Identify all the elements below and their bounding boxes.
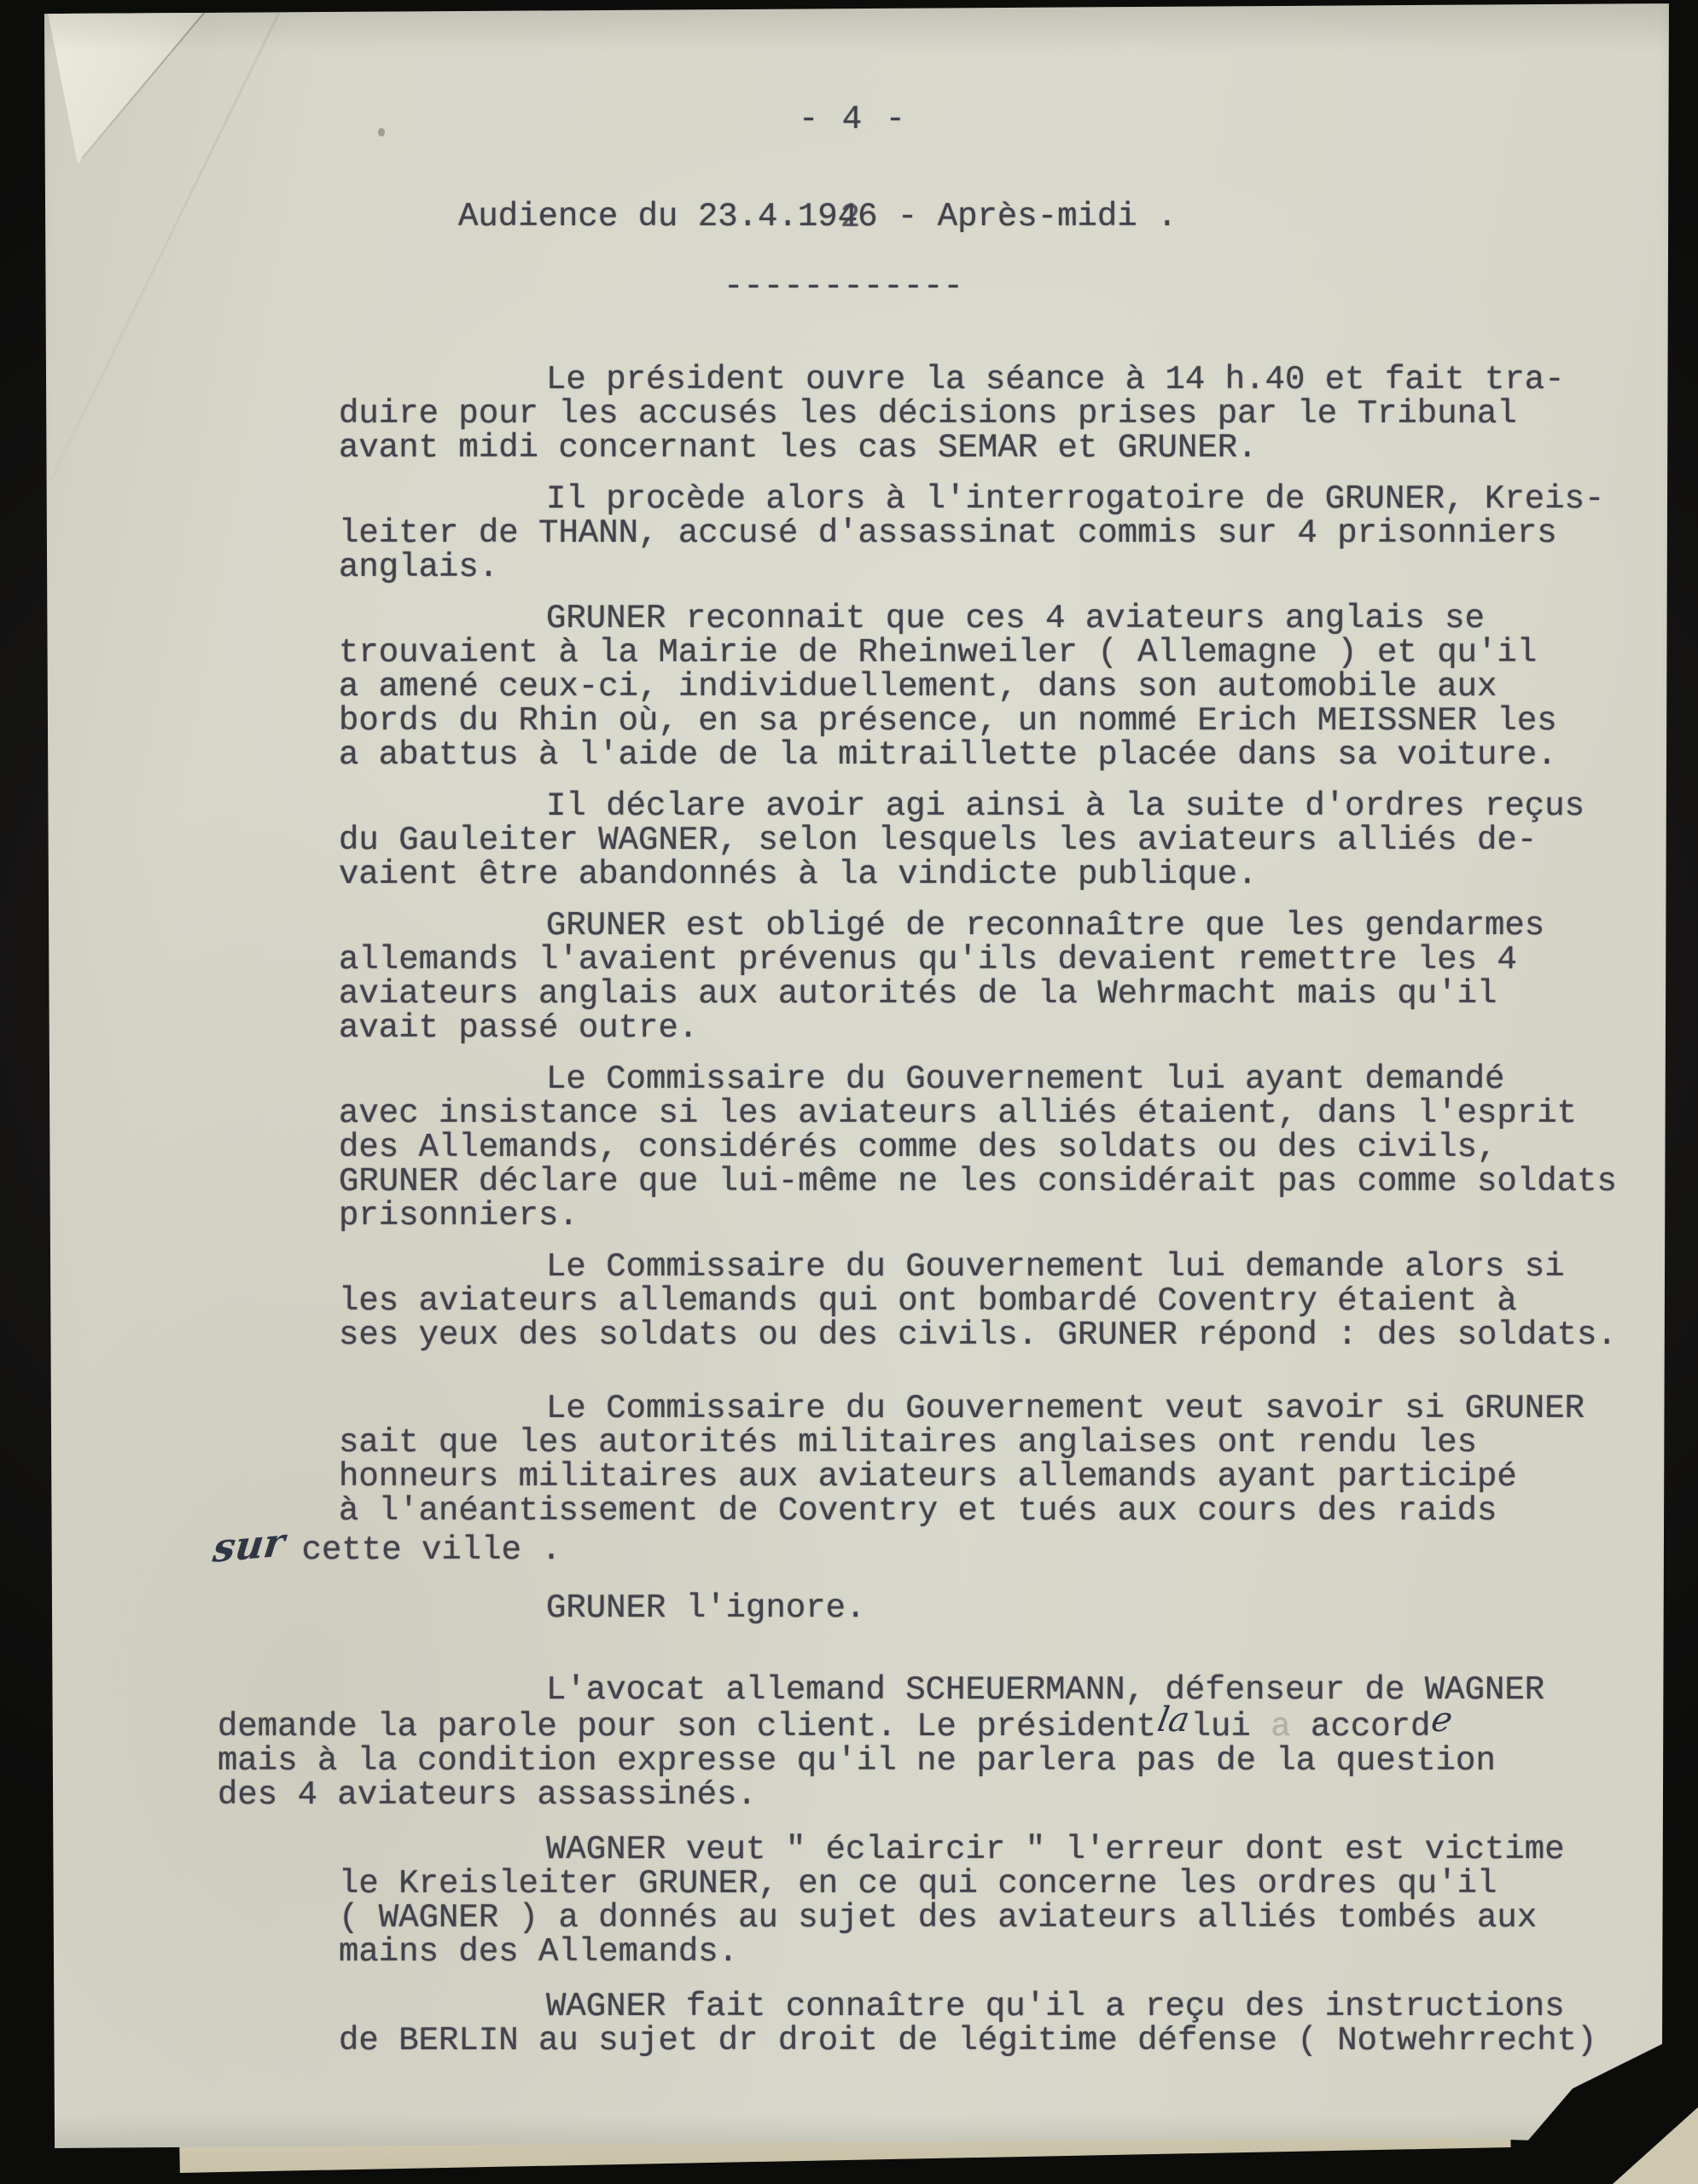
overstruck-character: 24 [838, 200, 858, 234]
paragraph-2: Il procède alors à l'interrogatoire de G… [339, 482, 1674, 584]
handwritten-annotation: la [1154, 1703, 1192, 1737]
text-line: allemands l'avaient prévenus qu'ils deva… [339, 943, 1674, 977]
paragraph-12: WAGNER fait connaître qu'il a reçu des i… [339, 1989, 1674, 2058]
text-line: L'avocat allemand SCHEUERMANN, défenseur… [339, 1673, 1674, 1707]
paragraph-3: GRUNER reconnait que ces 4 aviateurs ang… [339, 601, 1674, 772]
paragraph-4: Il déclare avoir agi ainsi à la suite d'… [339, 789, 1674, 892]
text-line: leiter de THANN, accusé d'assassinat com… [339, 516, 1674, 550]
typed-text: lui [1191, 1708, 1271, 1745]
text-line: Il procède alors à l'interrogatoire de G… [339, 482, 1674, 516]
handwritten-annotation: sur [212, 1525, 287, 1565]
text-line: vaient être abandonnés à la vindicte pub… [339, 857, 1674, 892]
text-line: des 4 aviateurs assassinés. [218, 1778, 1674, 1812]
paragraph-9: GRUNER l'ignore. [339, 1591, 1674, 1625]
typed-text: accord [1291, 1708, 1431, 1745]
paragraph-11: WAGNER veut " éclaircir " l'erreur dont … [339, 1833, 1674, 1969]
text-line: avait passé outre. [339, 1011, 1674, 1045]
heading-separator: ------------ [724, 270, 963, 304]
text-line: à l'anéantissement de Coventry et tués a… [339, 1494, 1674, 1528]
text-line: avant midi concernant les cas SEMAR et G… [339, 431, 1674, 465]
text-line: surcette ville . [339, 1528, 1674, 1567]
paragraph-1: Le président ouvre la séance à 14 h.40 e… [339, 363, 1674, 465]
handwritten-annotation: e [1429, 1703, 1456, 1737]
text-line: mais à la condition expresse qu'il ne pa… [218, 1744, 1674, 1778]
text-line: demande la parole pour son client. Le pr… [218, 1707, 1674, 1744]
typed-text: 6 - Après-midi . [858, 198, 1177, 235]
text-line: trouvaient à la Mairie de Rheinweiler ( … [339, 636, 1674, 670]
text-line: aviateurs anglais aux autorités de la We… [339, 977, 1674, 1011]
typed-text: demande la parole pour son client. Le pr… [218, 1708, 1156, 1745]
text-line: avec insistance si les aviateurs alliés … [339, 1096, 1674, 1130]
text-line: Le Commissaire du Gouvernement veut savo… [339, 1391, 1674, 1426]
text-line: WAGNER veut " éclaircir " l'erreur dont … [339, 1833, 1674, 1867]
text-line: a abattus à l'aide de la mitraillette pl… [339, 738, 1674, 772]
text-line: ses yeux des soldats ou des civils. GRUN… [339, 1318, 1674, 1352]
faded-character: a [1271, 1708, 1290, 1745]
text-line: anglais. [339, 550, 1674, 584]
text-line: prisonniers. [339, 1199, 1674, 1233]
text-line: a amené ceux-ci, individuellement, dans … [339, 670, 1674, 704]
text-line: GRUNER l'ignore. [339, 1591, 1674, 1625]
typed-text: cette ville . [302, 1531, 561, 1569]
text-line: GRUNER déclare que lui-même ne les consi… [339, 1165, 1674, 1199]
text-line: duire pour les accusés les décisions pri… [339, 397, 1674, 431]
text-line: du Gauleiter WAGNER, selon lesquels les … [339, 823, 1674, 857]
text-line: les aviateurs allemands qui ont bombardé… [339, 1284, 1674, 1318]
paragraph-5: GRUNER est obligé de reconnaître que les… [339, 909, 1674, 1045]
paper-speck [378, 128, 385, 136]
text-line: Le Commissaire du Gouvernement lui deman… [339, 1250, 1674, 1284]
text-line: des Allemands, considérés comme des sold… [339, 1130, 1674, 1165]
text-line: de BERLIN au sujet dr droit de légitime … [339, 2024, 1674, 2058]
text-line: bords du Rhin où, en sa présence, un nom… [339, 704, 1674, 738]
typed-text: Audience du 23.4.19 [458, 198, 838, 235]
text-line: WAGNER fait connaître qu'il a reçu des i… [339, 1989, 1674, 2024]
text-line: ( WAGNER ) a donnés au sujet des aviateu… [339, 1901, 1674, 1935]
paragraph-8: Le Commissaire du Gouvernement veut savo… [339, 1391, 1674, 1567]
text-line: GRUNER reconnait que ces 4 aviateurs ang… [339, 601, 1674, 636]
document-page: - 4 - Audience du 23.4.19246 - Après-mid… [0, 0, 1698, 2184]
paragraph-10: L'avocat allemand SCHEUERMANN, défenseur… [339, 1673, 1674, 1812]
text-line: Le Commissaire du Gouvernement lui ayant… [339, 1062, 1674, 1096]
audience-heading: Audience du 23.4.19246 - Après-midi . [458, 200, 1178, 234]
text-line: sait que les autorités militaires anglai… [339, 1426, 1674, 1460]
text-line: honneurs militaires aux aviateurs allema… [339, 1460, 1674, 1494]
paragraph-6: Le Commissaire du Gouvernement lui ayant… [339, 1062, 1674, 1233]
scanned-document-screenshot: - 4 - Audience du 23.4.19246 - Après-mid… [0, 0, 1698, 2184]
text-line: Le président ouvre la séance à 14 h.40 e… [339, 363, 1674, 397]
text-line: Il déclare avoir agi ainsi à la suite d'… [339, 789, 1674, 823]
page-number: - 4 - [799, 102, 907, 136]
text-line: GRUNER est obligé de reconnaître que les… [339, 909, 1674, 943]
paragraph-7: Le Commissaire du Gouvernement lui deman… [339, 1250, 1674, 1352]
underlying-sheet-corner [1613, 2107, 1698, 2184]
text-line: mains des Allemands. [339, 1935, 1674, 1969]
document-body: Le président ouvre la séance à 14 h.40 e… [339, 363, 1674, 2058]
text-line: le Kreisleiter GRUNER, en ce qui concern… [339, 1867, 1674, 1901]
